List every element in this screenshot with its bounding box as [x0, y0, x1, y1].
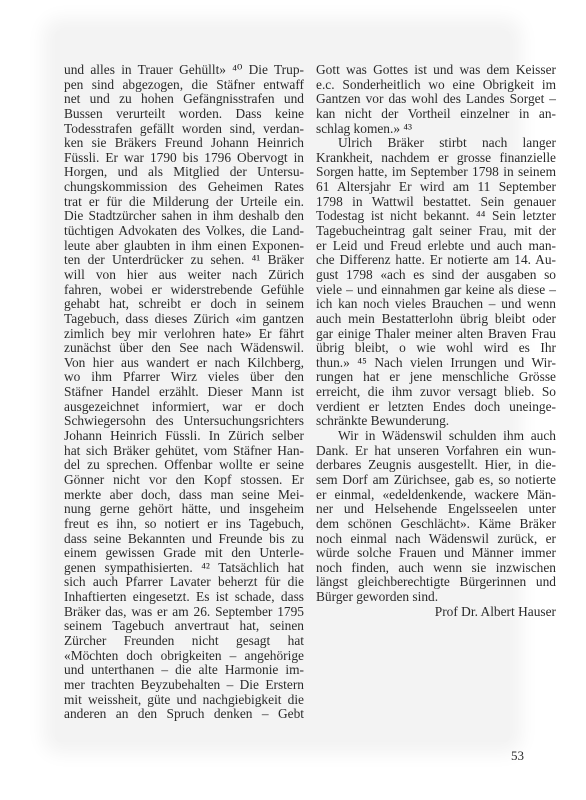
text-line: viele – und einnahmen gar keine als dies… — [316, 283, 556, 298]
text-line: merkte aber doch, dass man seine Mei- — [64, 488, 304, 503]
text-line: chungskommission des Geheimen Rates — [64, 180, 304, 195]
text-line: gar einige Thaler meiner alten Braven Fr… — [316, 327, 556, 342]
text-line: längst gleichberechtigte Bürgerinnen und — [316, 575, 556, 590]
text-line: schlag komen.» ⁴³ — [316, 122, 556, 137]
text-line: er Leid und Freud erlebte und auch man- — [316, 239, 556, 254]
text-line: Die Stadtzürcher sahen in ihm deshalb de… — [64, 209, 304, 224]
text-line: auch mein Bestatterlohn übrig bleibt ode… — [316, 312, 556, 327]
text-line: schränkte Bewunderung. — [316, 414, 556, 429]
text-line: trat er für die Milderung der Urteile ei… — [64, 195, 304, 210]
text-line: erreicht, die ihm zuvor versagt blieb. S… — [316, 385, 556, 400]
text-line: will von hier aus weiter nach Zürich — [64, 268, 304, 283]
text-line: Todesstrafen gefällt worden sind, verdan… — [64, 122, 304, 137]
text-line: Krankheit, nachdem er grosse finanzielle — [316, 151, 556, 166]
page-number: 53 — [511, 748, 524, 764]
text-line: nung gerne gehört hätte, und insgeheim — [64, 502, 304, 517]
text-line: che Differenz hatte. Er notierte am 14. … — [316, 253, 556, 268]
text-line: noch finden, auch wenn sie inzwischen — [316, 561, 556, 576]
text-line: gust 1798 «ach es sind der ausgaben so — [316, 268, 556, 283]
text-line: und unterthanen – die alte Harmonie im- — [64, 663, 304, 678]
text-line: Sorgen hatte, im September 1798 in seine… — [316, 165, 556, 180]
paragraph-quote-ending: Gott was Gottes ist und was dem Keisser … — [316, 63, 556, 136]
text-line: genen sympathisierten. ⁴² Tatsächlich ha… — [64, 561, 304, 576]
text-line: Johann Heinrich Füssli. In Zürich selber — [64, 429, 304, 444]
text-line: Gantzen vor das wohl des Landes Sorget – — [316, 92, 556, 107]
text-line: ich kan noch vieles Brauchen – und wenn — [316, 297, 556, 312]
text-line: Von hier aus wandert er nach Kilchberg, — [64, 356, 304, 371]
text-line: mer trachten Beyzubehalten – Die Erstern — [64, 678, 304, 693]
text-line: mit weissheit, güte und nachgiebigkeit d… — [64, 693, 304, 708]
text-line: freut es ihn, so notiert er ins Tagebuch… — [64, 517, 304, 532]
text-line: 61 Altersjahr Er wird am 11 September — [316, 180, 556, 195]
text-line: übrig bleibt, o wie wohl wird es Ihr — [316, 341, 556, 356]
text-line: derbares Zeugnis ausgestellt. Hier, in d… — [316, 458, 556, 473]
text-line: tüchtigen Advokaten des Volkes, die Land… — [64, 224, 304, 239]
text-line: und alles in Trauer Gehüllt» ⁴⁰ Die Trup… — [64, 63, 304, 78]
text-line: würde solche Frauen und Männer immer — [316, 546, 556, 561]
text-line: rungen hat er jene menschliche Grösse — [316, 370, 556, 385]
text-line: noch einmal nach Wädenswil zurück, er — [316, 532, 556, 547]
text-line: Dank. Er hat unseren Vorfahren ein wun- — [316, 444, 556, 459]
text-line: dem schönen Geschlächt». Käme Bräker — [316, 517, 556, 532]
text-line: 1798 in Wattwil bestattet. Sein genauer — [316, 195, 556, 210]
text-line: ner und Helsehende Engelsseelen unter — [316, 502, 556, 517]
text-line: hat sich Bräker gehütet, vom Stäfner Han… — [64, 444, 304, 459]
text-line: zimlich bey mir verlohren hate» Er fährt — [64, 327, 304, 342]
text-line: Gott was Gottes ist und was dem Keisser — [316, 63, 556, 78]
text-line: kan nicht der Vortheil einzelner in an- — [316, 107, 556, 122]
text-line: verdient er letzten Endes doch uneinge- — [316, 400, 556, 415]
text-line: «Möchten doch obrigkeiten – angehörige — [64, 649, 304, 664]
text-line: ten der Unterdrücker zu sehen. ⁴¹ Bräker — [64, 253, 304, 268]
paragraph-waedenswil: Wir in Wädenswil schulden ihm auch Dank.… — [316, 429, 556, 605]
text-line: Bussen verurteilt worden. Dass keine — [64, 107, 304, 122]
text-line: Bräker das, was er am 26. September 1795 — [64, 605, 304, 620]
text-line: Bürger geworden sind. — [316, 590, 556, 605]
text-line: Todestag ist nicht bekannt. ⁴⁴ Sein letz… — [316, 209, 556, 224]
text-line: Tagebucheintrag galt seiner Frau, mit de… — [316, 224, 556, 239]
text-line: Wir in Wädenswil schulden ihm auch — [316, 429, 556, 444]
text-line: e.c. Sonderheitlich wo eine Obrigkeit im — [316, 78, 556, 93]
author-signature: Prof Dr. Albert Hauser — [316, 605, 556, 620]
text-line: wo ihm Pfarrer Wirz vieles über den — [64, 370, 304, 385]
text-line: pen sind abgezogen, die Stäfner entwaff — [64, 78, 304, 93]
text-line: ken sie Bräkers Freund Johann Heinrich — [64, 136, 304, 151]
text-line: Ulrich Bräker stirbt nach langer — [316, 136, 556, 151]
text-line: net und zu hohen Gefängnisstrafen und — [64, 92, 304, 107]
paragraph-braeker-death: Ulrich Bräker stirbt nach langer Krankhe… — [316, 136, 556, 429]
text-line: Inhaftierten eingesetzt. Es ist schade, … — [64, 590, 304, 605]
text-line: thun.» ⁴⁵ Nach vielen Irrungen und Wir- — [316, 356, 556, 371]
text-line: zunächst über den See nach Wädenswil. — [64, 341, 304, 356]
text-line: Stäfner Handel erzählt. Dieser Mann ist — [64, 385, 304, 400]
text-line: sich auch Pfarrer Lavater beherzt für di… — [64, 575, 304, 590]
text-line: Schwiegersohn des Untersuchungsrichters — [64, 414, 304, 429]
right-text-column: Gott was Gottes ist und was dem Keisser … — [316, 63, 556, 619]
text-line: anderen an den Spruch denken – Gebt — [64, 707, 304, 722]
text-line: fahren, wobei er widerstrebende Gefühle — [64, 283, 304, 298]
text-line: Zürcher Freunden nicht gesagt hat — [64, 634, 304, 649]
text-line: del zu sprechen. Offenbar wollte er sein… — [64, 458, 304, 473]
text-line: Tagebuch, dass dieses Zürich «im gantzen — [64, 312, 304, 327]
text-line: gehabt hat, schreibt er doch in seinem — [64, 297, 304, 312]
text-line: Gönner nicht vor den Kopf stossen. Er — [64, 473, 304, 488]
text-line: Horgen, und als Mitglied der Untersu- — [64, 165, 304, 180]
text-line: leute aber glaubten in ihm einen Exponen… — [64, 239, 304, 254]
text-line: dass seine Bekannten und Freunde bis zu — [64, 532, 304, 547]
text-line: seinem Tagebuch anvertraut hat, seinen — [64, 619, 304, 634]
left-text-column: und alles in Trauer Gehüllt» ⁴⁰ Die Trup… — [64, 63, 304, 722]
text-line: Füssli. Er war 1790 bis 1796 Obervogt in — [64, 151, 304, 166]
text-line: ausgezeichnet informiert, war er doch — [64, 400, 304, 415]
text-line: er einmal, «edeldenkende, wackere Män- — [316, 488, 556, 503]
text-line: sem Dorf am Zürichsee, gab es, so notier… — [316, 473, 556, 488]
text-line: einem gewissen Grade mit den Unterle- — [64, 546, 304, 561]
